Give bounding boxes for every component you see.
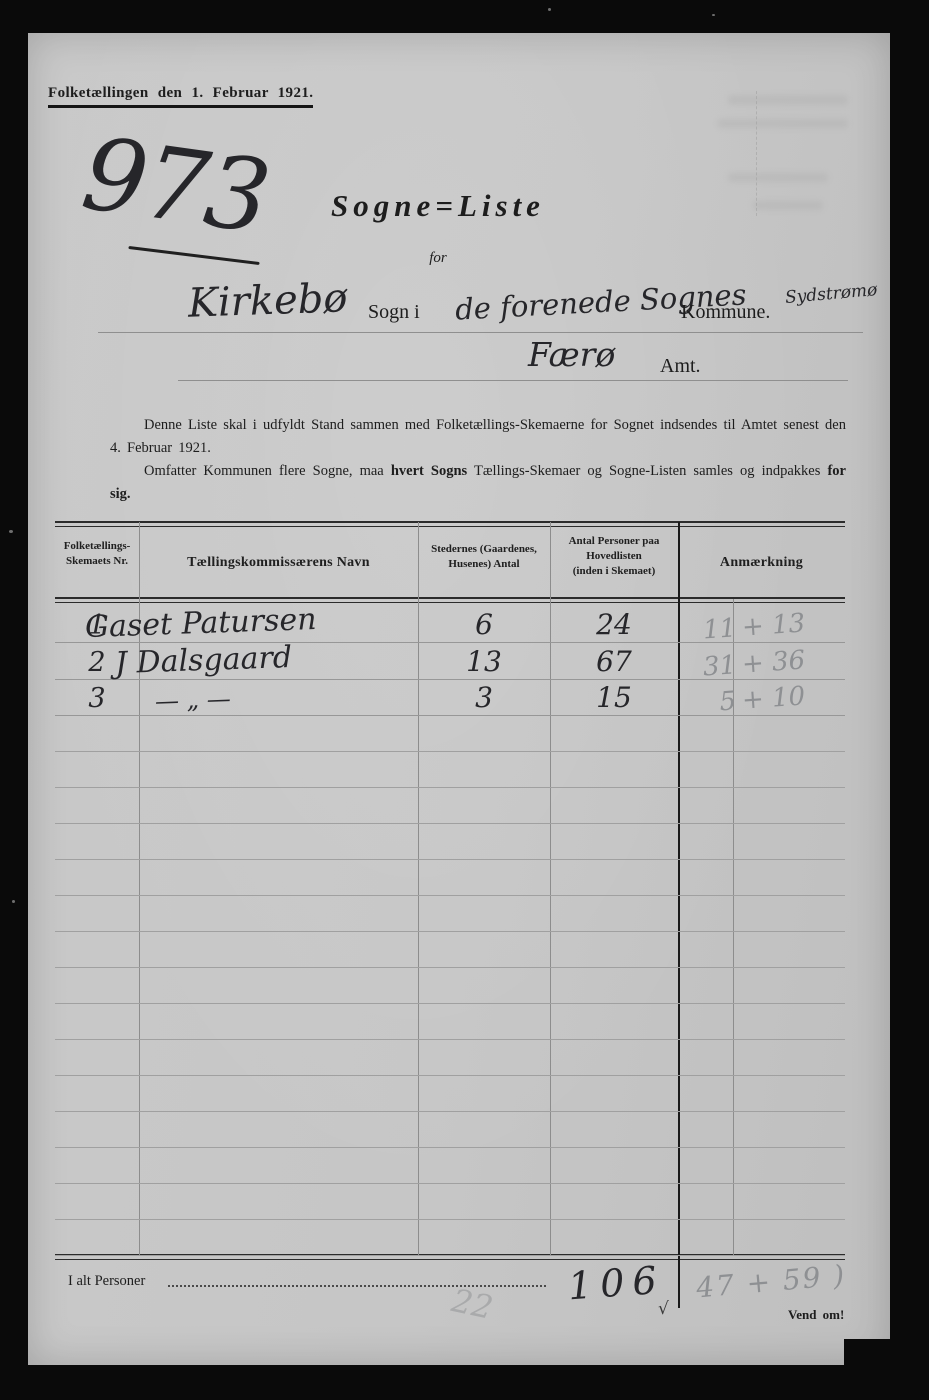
table-row: 1 Gaset Patursen 6 24 11+ 13 — [55, 603, 845, 643]
scan-speck — [9, 530, 13, 533]
scan-speck — [548, 8, 551, 11]
kommune-note-handwritten: Sydstrømø — [784, 280, 878, 308]
field-rule — [178, 380, 848, 381]
cell-navn: — „ — — [155, 685, 232, 716]
instructions-text: Tællings-Skemaer og Sogne-Listen samles … — [467, 463, 827, 479]
bleed-through-line — [756, 91, 757, 216]
column-header-anmaerkning: Anmærkning — [678, 555, 845, 571]
empty-table-row — [55, 788, 845, 824]
column-header-text: Skemaets Nr. — [55, 554, 139, 569]
dot-leader — [168, 1273, 546, 1287]
anm-right: + 13 — [741, 605, 856, 643]
cell-anmaerkning: 11+ 13 — [679, 605, 856, 647]
empty-table-row — [55, 1004, 845, 1040]
cell-steder: 13 — [418, 645, 550, 678]
column-header-navn: Tællingskommissærens Navn — [139, 555, 418, 571]
empty-table-row — [55, 1040, 845, 1076]
total-value-handwritten: 106 — [567, 1258, 666, 1309]
bleed-through-mark — [728, 173, 828, 182]
column-header-text: Stedernes (Gaardenes, — [418, 542, 550, 557]
cell-personer: 67 — [550, 645, 678, 678]
column-header-text: Antal Personer paa — [550, 534, 678, 549]
amt-label: Amt. — [660, 355, 701, 378]
column-header-personer: Antal Personer paa Hovedlisten (inden i … — [550, 534, 678, 579]
summary-pencil-note: 47 + 59 ) — [695, 1259, 848, 1305]
instructions-paragraph-2: Omfatter Kommunen flere Sogne, maa hvert… — [110, 460, 846, 506]
empty-table-row — [55, 1112, 845, 1148]
table-row: 3 — „ — 3 15 5+ 10 — [55, 680, 845, 716]
empty-table-row — [55, 716, 845, 752]
cell-personer: 24 — [550, 608, 678, 641]
scan-background: Folketællingen den 1. Februar 1921. 973 … — [0, 0, 929, 1400]
form-number-handwritten: 973 — [77, 124, 274, 249]
bleed-through-mark — [728, 95, 848, 105]
anm-left: 31 — [679, 650, 743, 684]
empty-table-row — [55, 1220, 845, 1256]
turn-over-note: Vend om! — [788, 1307, 844, 1323]
sogn-value-handwritten: Kirkebø — [187, 275, 348, 327]
bleed-through-mark — [753, 201, 823, 210]
empty-table-row — [55, 1076, 845, 1112]
empty-table-row — [55, 896, 845, 932]
cell-steder: 3 — [418, 681, 550, 714]
empty-rows — [55, 716, 845, 1256]
cell-anmaerkning: 31+ 36 — [679, 642, 856, 684]
empty-table-row — [55, 932, 845, 968]
scan-speck — [712, 14, 715, 16]
anm-left: 5 — [679, 686, 743, 720]
column-header-text: Husenes) Antal — [418, 557, 550, 572]
amt-value-handwritten: Færø — [528, 335, 615, 374]
empty-table-row — [55, 1184, 845, 1220]
empty-table-row — [55, 824, 845, 860]
document-page: Folketællingen den 1. Februar 1921. 973 … — [28, 33, 890, 1365]
page-title: Sogne=Liste — [258, 188, 618, 224]
column-header-text: Folketællings- — [55, 539, 139, 554]
empty-table-row — [55, 968, 845, 1004]
cell-navn: Gaset Patursen — [84, 602, 317, 645]
column-header-text: Hovedlisten — [550, 549, 678, 564]
instructions-bold-text: hvert Sogns — [391, 463, 467, 479]
cell-steder: 6 — [418, 608, 550, 641]
table-top-rule — [55, 521, 845, 527]
instructions: Denne Liste skal i udfyldt Stand sammen … — [110, 414, 846, 506]
cell-navn: J Dalsgaard — [114, 640, 292, 681]
empty-table-row — [55, 860, 845, 896]
check-mark: √ — [658, 1299, 669, 1319]
bleed-through-mark — [718, 119, 848, 128]
empty-table-row — [55, 752, 845, 788]
census-heading: Folketællingen den 1. Februar 1921. — [48, 85, 313, 108]
column-header-steder: Stedernes (Gaardenes, Husenes) Antal — [418, 542, 550, 572]
empty-table-row — [55, 1148, 845, 1184]
table-body: 1 Gaset Patursen 6 24 11+ 13 2 J Dalsgaa… — [55, 603, 845, 1256]
field-rule — [98, 332, 863, 333]
column-header-skema-nr: Folketællings- Skemaets Nr. — [55, 539, 139, 569]
total-label: I alt Personer — [68, 1273, 145, 1290]
cell-skema-nr: 3 — [55, 683, 139, 714]
cell-personer: 15 — [550, 681, 678, 714]
paper-corner-notch — [844, 1339, 890, 1365]
sogn-label: Sogn i — [368, 301, 420, 324]
title-preposition: for — [258, 250, 618, 267]
instructions-paragraph-1: Denne Liste skal i udfyldt Stand sammen … — [110, 414, 846, 460]
anm-right: + 36 — [741, 642, 856, 680]
column-header-text: (inden i Skemaet) — [550, 564, 678, 579]
anm-right: + 10 — [741, 678, 856, 716]
table-row: 2 J Dalsgaard 13 67 31+ 36 — [55, 643, 845, 680]
column-sum-pencil: 22 — [448, 1281, 496, 1327]
instructions-text: Omfatter Kommunen flere Sogne, maa — [144, 463, 391, 479]
scan-speck — [12, 900, 15, 903]
cell-anmaerkning: 5+ 10 — [679, 678, 856, 720]
anm-left: 11 — [679, 613, 743, 647]
kommune-label: Kommune. — [681, 301, 770, 324]
